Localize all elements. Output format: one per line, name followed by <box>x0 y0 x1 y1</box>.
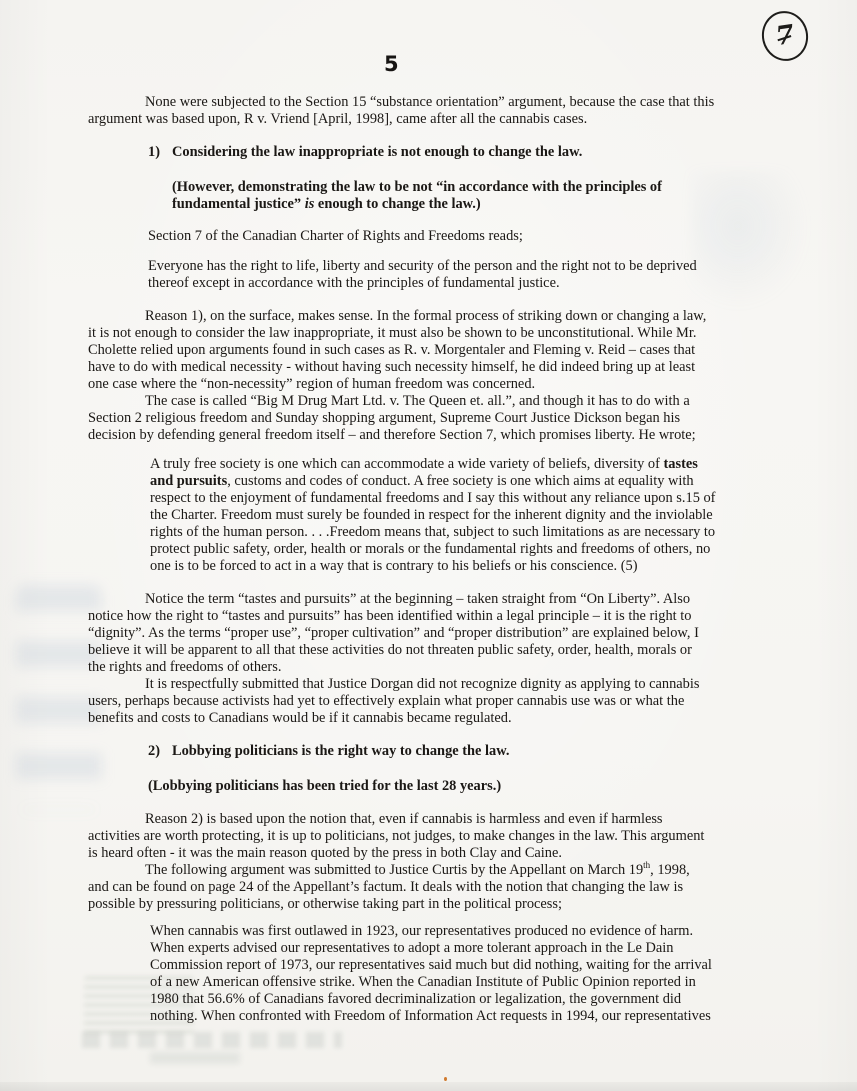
paragraph-intro: None were subjected to the Section 15 “s… <box>88 94 797 128</box>
blockquote-dickson: A truly free society is one which can ac… <box>150 456 797 575</box>
heading-reason-2: 2)Lobbying politicians is the right way … <box>148 743 797 760</box>
however-note-end: enough to change the law.) <box>314 196 480 212</box>
paragraph-big-m-drug-mart: The case is called “Big M Drug Mart Ltd.… <box>88 393 797 444</box>
heading-reason-1: 1)Considering the law inappropriate is n… <box>148 144 797 161</box>
paragraph-reason2-analysis: Reason 2) is based upon the notion that,… <box>88 811 797 862</box>
heading-2-text: Lobbying politicians is the right way to… <box>172 743 509 759</box>
heading-1-text: Considering the law inappropriate is not… <box>172 144 582 160</box>
heading-2-number: 2) <box>148 743 172 760</box>
paragraph-section7-lead: Section 7 of the Canadian Charter of Rig… <box>148 228 797 245</box>
paragraph-justice-dorgan: It is respectfully submitted that Justic… <box>88 676 797 727</box>
blockquote-section7: Everyone has the right to life, liberty … <box>148 258 797 292</box>
dickson-quote-end: , customs and codes of conduct. A free s… <box>150 473 715 574</box>
scan-bottom-shadow <box>0 1082 857 1091</box>
dickson-quote-start: A truly free society is one which can ac… <box>150 456 664 472</box>
however-note-italic-is: is <box>305 196 315 212</box>
blockquote-appellant-factum: When cannabis was first outlawed in 1923… <box>150 923 797 1025</box>
paragraph-reason1-analysis: Reason 1), on the surface, makes sense. … <box>88 308 797 393</box>
typed-page-number: 5 <box>384 52 797 76</box>
paragraph-lobbying-note: (Lobbying politicians has been tried for… <box>148 778 797 795</box>
bleed-through-bottom-text <box>82 1032 342 1048</box>
paragraph-however-note: (However, demonstrating the law to be no… <box>172 179 797 213</box>
document-body: 5 None were subjected to the Section 15 … <box>0 0 857 1025</box>
scan-speck <box>444 1077 447 1081</box>
paragraph-tastes-and-pursuits: Notice the term “tastes and pursuits” at… <box>88 591 797 676</box>
heading-1-number: 1) <box>148 144 172 161</box>
paragraph-justice-curtis: The following argument was submitted to … <box>88 862 797 913</box>
curtis-paragraph-start: The following argument was submitted to … <box>145 862 643 878</box>
scanned-page: 7 5 None were subjected to the Section 1… <box>0 0 857 1091</box>
bleed-through-bottom-text-2 <box>150 1052 240 1064</box>
